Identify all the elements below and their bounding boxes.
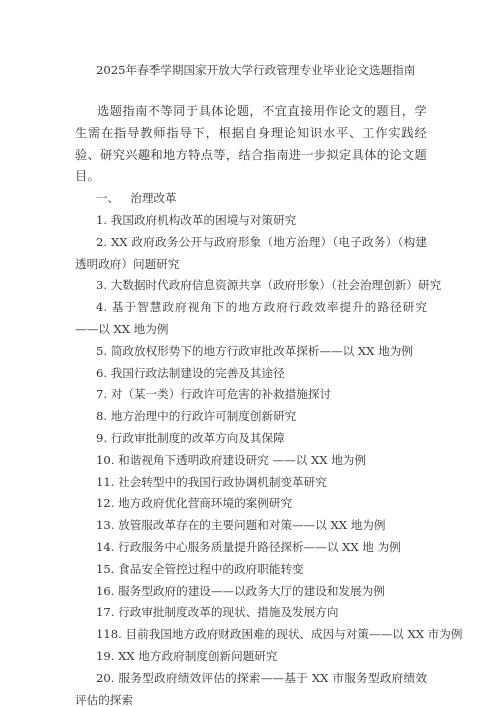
topic-text: XX 地方政府制度创新问题研究 xyxy=(118,649,277,663)
document-title: 2025年春季学期国家开放大学行政管理专业毕业论文选题指南 xyxy=(96,62,436,78)
topic-item: 9. 行政审批制度的改革方向及其保障 xyxy=(75,428,427,450)
topic-text: 服务型政府的建设——以政务大厅的建设和发展为例 xyxy=(118,584,385,598)
topic-item: 16. 服务型政府的建设——以政务大厅的建设和发展为例 xyxy=(75,581,427,603)
topic-text: 和谐视角下透明政府建设研究 ——以 XX 地为例 xyxy=(118,453,366,467)
topic-item: 2. XX 政府政务公开与政府形象（地方治理）（电子政务）（构建透明政府）问题研… xyxy=(75,232,427,276)
topic-text: 社会转型中的我国行政协调机制变革研究 xyxy=(118,475,327,489)
topic-list: 1. 我国政府机构改革的困境与对策研究2. XX 政府政务公开与政府形象（地方治… xyxy=(75,210,427,707)
topic-item: 19. XX 地方政府制度创新问题研究 xyxy=(75,646,427,668)
topic-text: 服务型政府绩效评估的探索——基于 XX 市服务型政府绩效评估的探索 xyxy=(75,671,427,707)
topic-number: 14. xyxy=(96,540,114,554)
topic-number: 20. xyxy=(96,671,114,685)
topic-text: 对（某一类）行政许可危害的补救措施探讨 xyxy=(111,387,331,401)
topic-item: 7. 对（某一类）行政许可危害的补救措施探讨 xyxy=(75,384,427,406)
topic-number: 6. xyxy=(96,366,107,380)
topic-text: 基于智慧政府视角下的地方政府行政效率提升的路径研究 ——以 XX 地为例 xyxy=(75,300,427,336)
section-number: 一、 xyxy=(96,191,119,205)
topic-item: 6. 我国行政法制建设的完善及其途径 xyxy=(75,363,427,385)
topic-item: 118. 目前我国地方政府财政困难的现状、成因与对策——以 XX 市为例 xyxy=(75,624,427,646)
topic-number: 13. xyxy=(96,518,114,532)
document-body: 选题指南不等同于具体论题，不宜直接用作论文的题目，学生需在指导教师指导下，根据自… xyxy=(75,101,427,707)
topic-number: 10. xyxy=(96,453,114,467)
topic-number: 2. xyxy=(96,235,107,249)
topic-text: 行政服务中心服务质量提升路径探析——以 XX 地 为例 xyxy=(118,540,401,554)
topic-item: 15. 食品安全管控过程中的政府职能转变 xyxy=(75,559,427,581)
topic-text: 大数据时代政府信息资源共享（政府形象）（社会治理创新）研究 xyxy=(111,278,441,292)
topic-item: 13. 放管服改革存在的主要问题和对策——以 XX 地为例 xyxy=(75,515,427,537)
topic-item: 8. 地方治理中的行政许可制度创新研究 xyxy=(75,406,427,428)
topic-text: 我国政府机构改革的困境与对策研究 xyxy=(111,213,297,227)
topic-number: 7. xyxy=(96,387,107,401)
topic-number: 5. xyxy=(96,344,107,358)
intro-paragraph: 选题指南不等同于具体论题，不宜直接用作论文的题目，学生需在指导教师指导下，根据自… xyxy=(75,101,427,188)
topic-text: 我国行政法制建设的完善及其途径 xyxy=(111,366,285,380)
topic-number: 19. xyxy=(96,649,114,663)
topic-number: 1. xyxy=(96,213,107,227)
topic-number: 3. xyxy=(96,278,107,292)
topic-number: 118. xyxy=(96,627,122,641)
topic-text: 食品安全管控过程中的政府职能转变 xyxy=(118,562,304,576)
topic-number: 8. xyxy=(96,409,107,423)
topic-text: XX 政府政务公开与政府形象（地方治理）（电子政务）（构建透明政府）问题研究 xyxy=(75,235,427,271)
topic-number: 9. xyxy=(96,431,107,445)
topic-number: 17. xyxy=(96,605,114,619)
topic-item: 11. 社会转型中的我国行政协调机制变革研究 xyxy=(75,472,427,494)
topic-text: 目前我国地方政府财政困难的现状、成因与对策——以 XX 市为例 xyxy=(126,627,463,641)
topic-text: 行政审批制度改革的现状、措施及发展方向 xyxy=(118,605,338,619)
topic-text: 行政审批制度的改革方向及其保障 xyxy=(111,431,285,445)
section-heading: 一、 治理改革 xyxy=(75,188,427,210)
topic-item: 4. 基于智慧政府视角下的地方政府行政效率提升的路径研究 ——以 XX 地为例 xyxy=(75,297,427,341)
topic-text: 放管服改革存在的主要问题和对策——以 XX 地为例 xyxy=(118,518,385,532)
topic-item: 20. 服务型政府绩效评估的探索——基于 XX 市服务型政府绩效评估的探索 xyxy=(75,668,427,707)
topic-item: 10. 和谐视角下透明政府建设研究 ——以 XX 地为例 xyxy=(75,450,427,472)
topic-text: 简政放权形势下的地方行政审批改革探析——以 XX 地为例 xyxy=(111,344,413,358)
topic-number: 11. xyxy=(96,475,114,489)
document-page: 2025年春季学期国家开放大学行政管理专业毕业论文选题指南 选题指南不等同于具体… xyxy=(0,0,500,707)
topic-text: 地方治理中的行政许可制度创新研究 xyxy=(111,409,297,423)
topic-number: 16. xyxy=(96,584,114,598)
topic-item: 1. 我国政府机构改革的困境与对策研究 xyxy=(75,210,427,232)
topic-item: 5. 简政放权形势下的地方行政审批改革探析——以 XX 地为例 xyxy=(75,341,427,363)
section-title: 治理改革 xyxy=(130,191,176,205)
topic-item: 3. 大数据时代政府信息资源共享（政府形象）（社会治理创新）研究 xyxy=(75,275,427,297)
topic-number: 4. xyxy=(96,300,107,314)
topic-item: 17. 行政审批制度改革的现状、措施及发展方向 xyxy=(75,602,427,624)
topic-item: 14. 行政服务中心服务质量提升路径探析——以 XX 地 为例 xyxy=(75,537,427,559)
topic-number: 15. xyxy=(96,562,114,576)
topic-text: 地方政府优化营商环境的案例研究 xyxy=(118,496,292,510)
topic-number: 12. xyxy=(96,496,114,510)
topic-item: 12. 地方政府优化营商环境的案例研究 xyxy=(75,493,427,515)
